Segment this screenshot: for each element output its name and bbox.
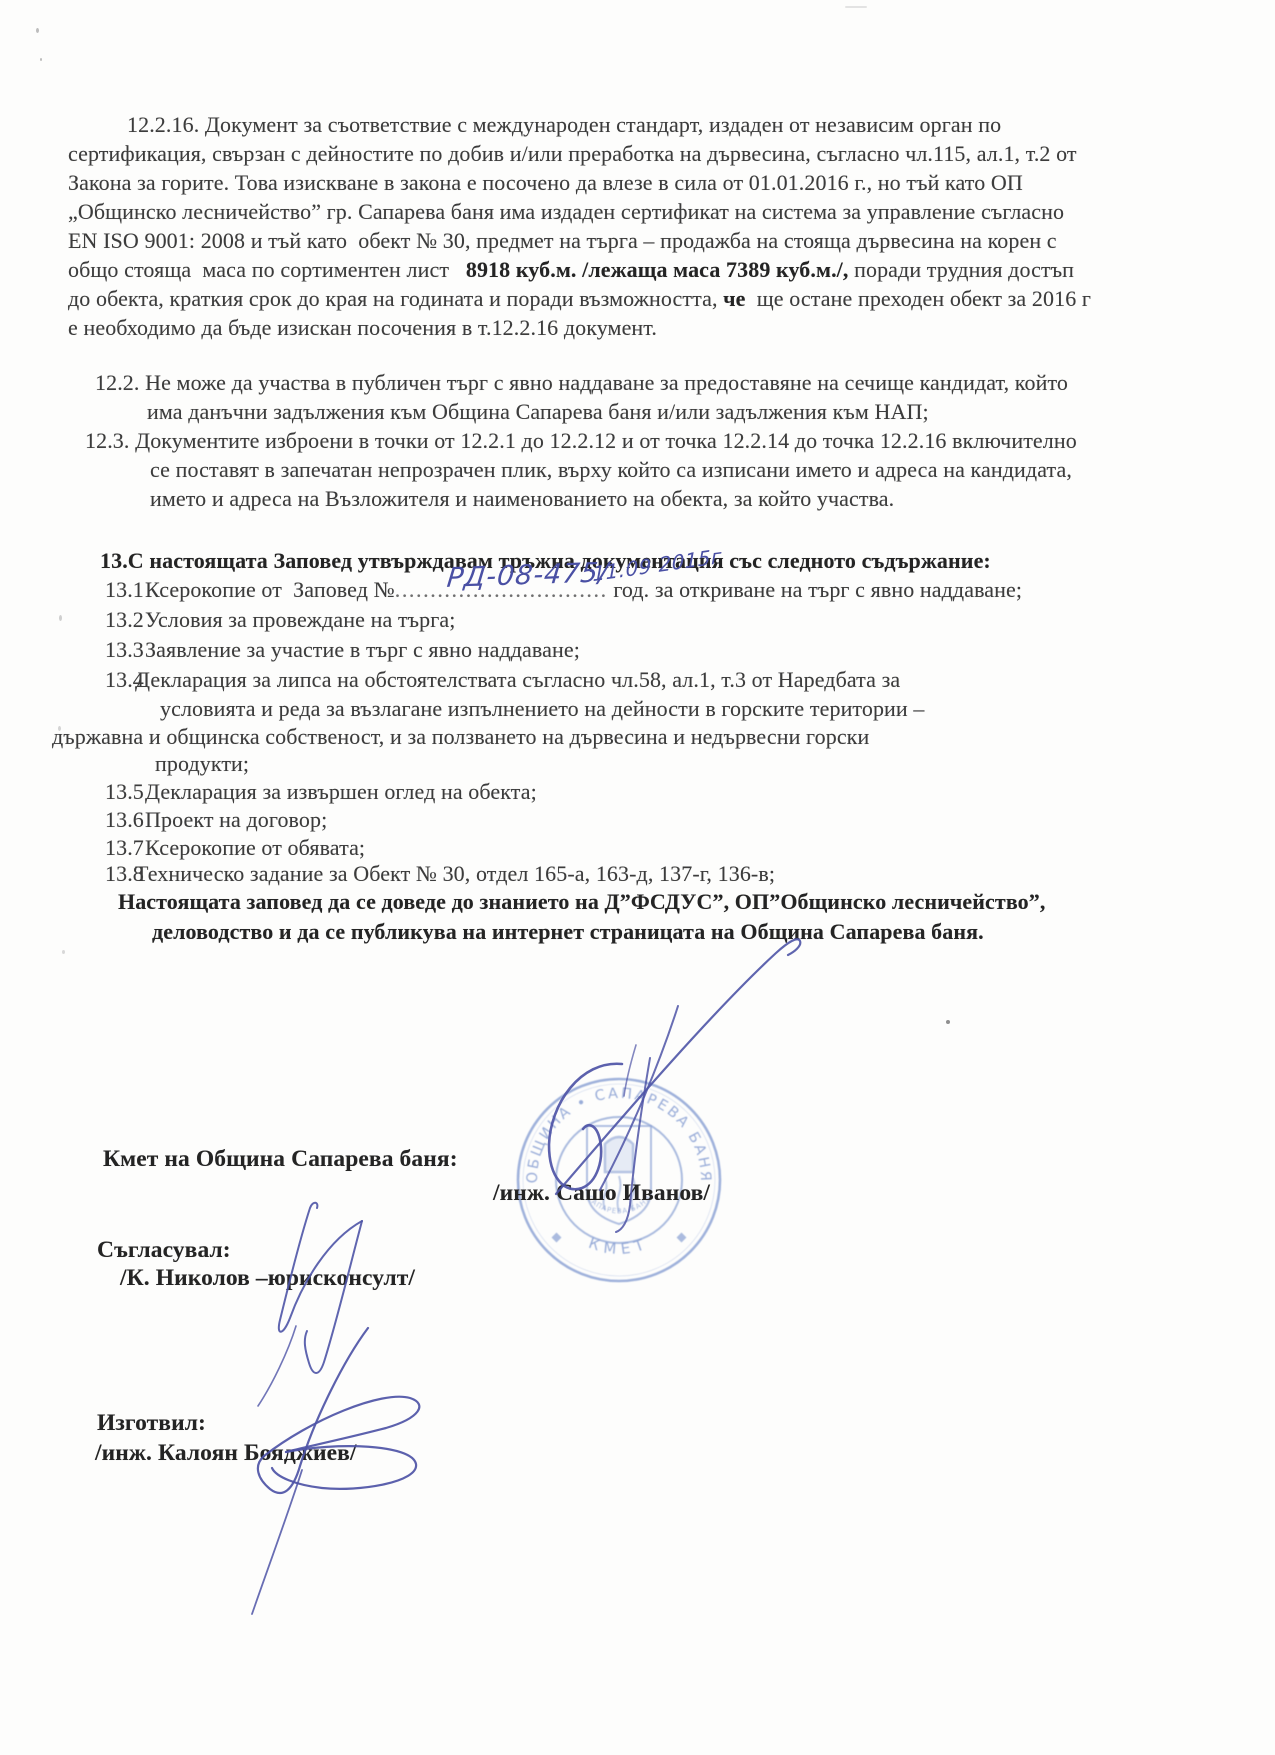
list-item-continuation: държавна и общинска собственост, и за по… xyxy=(52,725,869,748)
text-segment: Ксерокопие от обявата; xyxy=(145,835,365,860)
item-number: 13.3 xyxy=(105,638,145,661)
list-item: 13.5Декларация за извършен оглед на обек… xyxy=(105,780,537,803)
text-segment: до обекта, краткия срок до края на годин… xyxy=(68,286,723,311)
text-segment: Проект на договор; xyxy=(145,807,327,832)
text-segment: Декларация за липса на обстоятелствата с… xyxy=(135,667,900,692)
document-line: до обекта, краткия срок до края на годин… xyxy=(68,287,1091,310)
item-number: 13.2 xyxy=(105,608,145,631)
closing-line: Настоящата заповед да се доведе до знани… xyxy=(118,890,1045,913)
document-line: името и адреса на Възложителя и наименов… xyxy=(150,487,894,510)
document-line: 12.2. Не може да участва в публичен търг… xyxy=(95,371,1068,394)
agreed-name: /К. Николов –юрисконсулт/ xyxy=(120,1266,415,1291)
signature-prepared xyxy=(252,1328,419,1614)
bold-volume-figures: 8918 куб.м. /лежаща маса 7389 куб.м./, xyxy=(466,257,849,282)
document-line: 12.3. Документите изброени в точки от 12… xyxy=(85,429,1077,452)
item-number: 13.1 xyxy=(105,578,145,601)
item-number: 13.4 xyxy=(105,668,135,691)
document-line: има данъчни задължения към Община Сапаре… xyxy=(147,400,929,423)
document-line: общо стояща маса по сортиментен лист 891… xyxy=(68,258,1074,281)
text-segment: Условия за провеждане на търга; xyxy=(145,607,455,632)
prepared-name: /инж. Калоян Бояджиев/ xyxy=(95,1441,357,1466)
prepared-label: Изготвил: xyxy=(97,1411,206,1436)
item-number: 13.7 xyxy=(105,836,145,859)
text-segment: Техническо задание за Обект № 30, отдел … xyxy=(135,861,775,886)
scan-speck xyxy=(40,58,42,61)
kmet-name: /инж. Сашо Иванов/ xyxy=(493,1181,710,1206)
text-segment: поради трудния достъп xyxy=(849,257,1075,282)
item-number: 13.6 xyxy=(105,808,145,831)
text-segment: Заявление за участие в търг с явно надда… xyxy=(145,637,580,662)
list-item-continuation: условията и реда за възлагане изпълнение… xyxy=(160,697,925,720)
stamp-emblem-shield xyxy=(587,1126,651,1224)
scan-speck xyxy=(59,615,62,621)
scan-speck xyxy=(845,6,867,8)
text-segment: общо стояща маса по сортиментен лист xyxy=(68,257,466,282)
document-line: EN ISO 9001: 2008 и тъй като обект № 30,… xyxy=(68,229,1057,252)
handwritten-annotation-number: РД-08-475/ xyxy=(445,557,610,594)
agreed-label: Съгласувал: xyxy=(97,1238,231,1263)
item-number: 13.8 xyxy=(105,862,135,885)
signature-agreed xyxy=(258,1203,362,1406)
list-item: 13.2Условия за провеждане на търга; xyxy=(105,608,455,631)
list-item: 13.8Техническо задание за Обект № 30, от… xyxy=(105,862,775,885)
kmet-label: Кмет на Община Сапарева баня: xyxy=(103,1147,458,1172)
document-line: сертификация, свързан с дейностите по до… xyxy=(68,142,1077,165)
text-segment: Ксерокопие от Заповед № xyxy=(145,577,395,602)
scanned-document-page: 12.2.16. Документ за съответствие с межд… xyxy=(0,0,1275,1755)
list-item: 13.4Декларация за липса на обстоятелства… xyxy=(105,668,900,691)
document-line: се поставят в запечатан непрозрачен плик… xyxy=(150,458,1072,481)
item-number: 13.5 xyxy=(105,780,145,803)
closing-line: деловодство и да се публикува на интерне… xyxy=(152,920,984,943)
text-segment: год. за откриване на търг с явно наддава… xyxy=(608,577,1022,602)
document-line: 12.2.16. Документ за съответствие с межд… xyxy=(127,113,1001,136)
scan-speck xyxy=(36,28,39,33)
text-segment: Декларация за извършен оглед на обекта; xyxy=(145,779,537,804)
text-segment: ще остане преходен обект за 2016 г xyxy=(746,286,1091,311)
list-item-continuation: продукти; xyxy=(155,752,249,775)
document-line: „Общинско лесничейство” гр. Сапарева бан… xyxy=(68,200,1064,223)
document-line: Закона за горите. Това изискване в закон… xyxy=(68,171,1023,194)
scan-speck xyxy=(946,1020,950,1024)
list-item: 13.7Ксерокопие от обявата; xyxy=(105,836,365,859)
bold-word: че xyxy=(723,286,745,311)
list-item: 13.6Проект на договор; xyxy=(105,808,327,831)
document-line: е необходимо да бъде изискан посочения в… xyxy=(68,316,657,339)
stamp-bottom-text: КМЕТ xyxy=(586,1234,651,1258)
scan-speck xyxy=(62,950,65,954)
list-item: 13.3Заявление за участие в търг с явно н… xyxy=(105,638,580,661)
